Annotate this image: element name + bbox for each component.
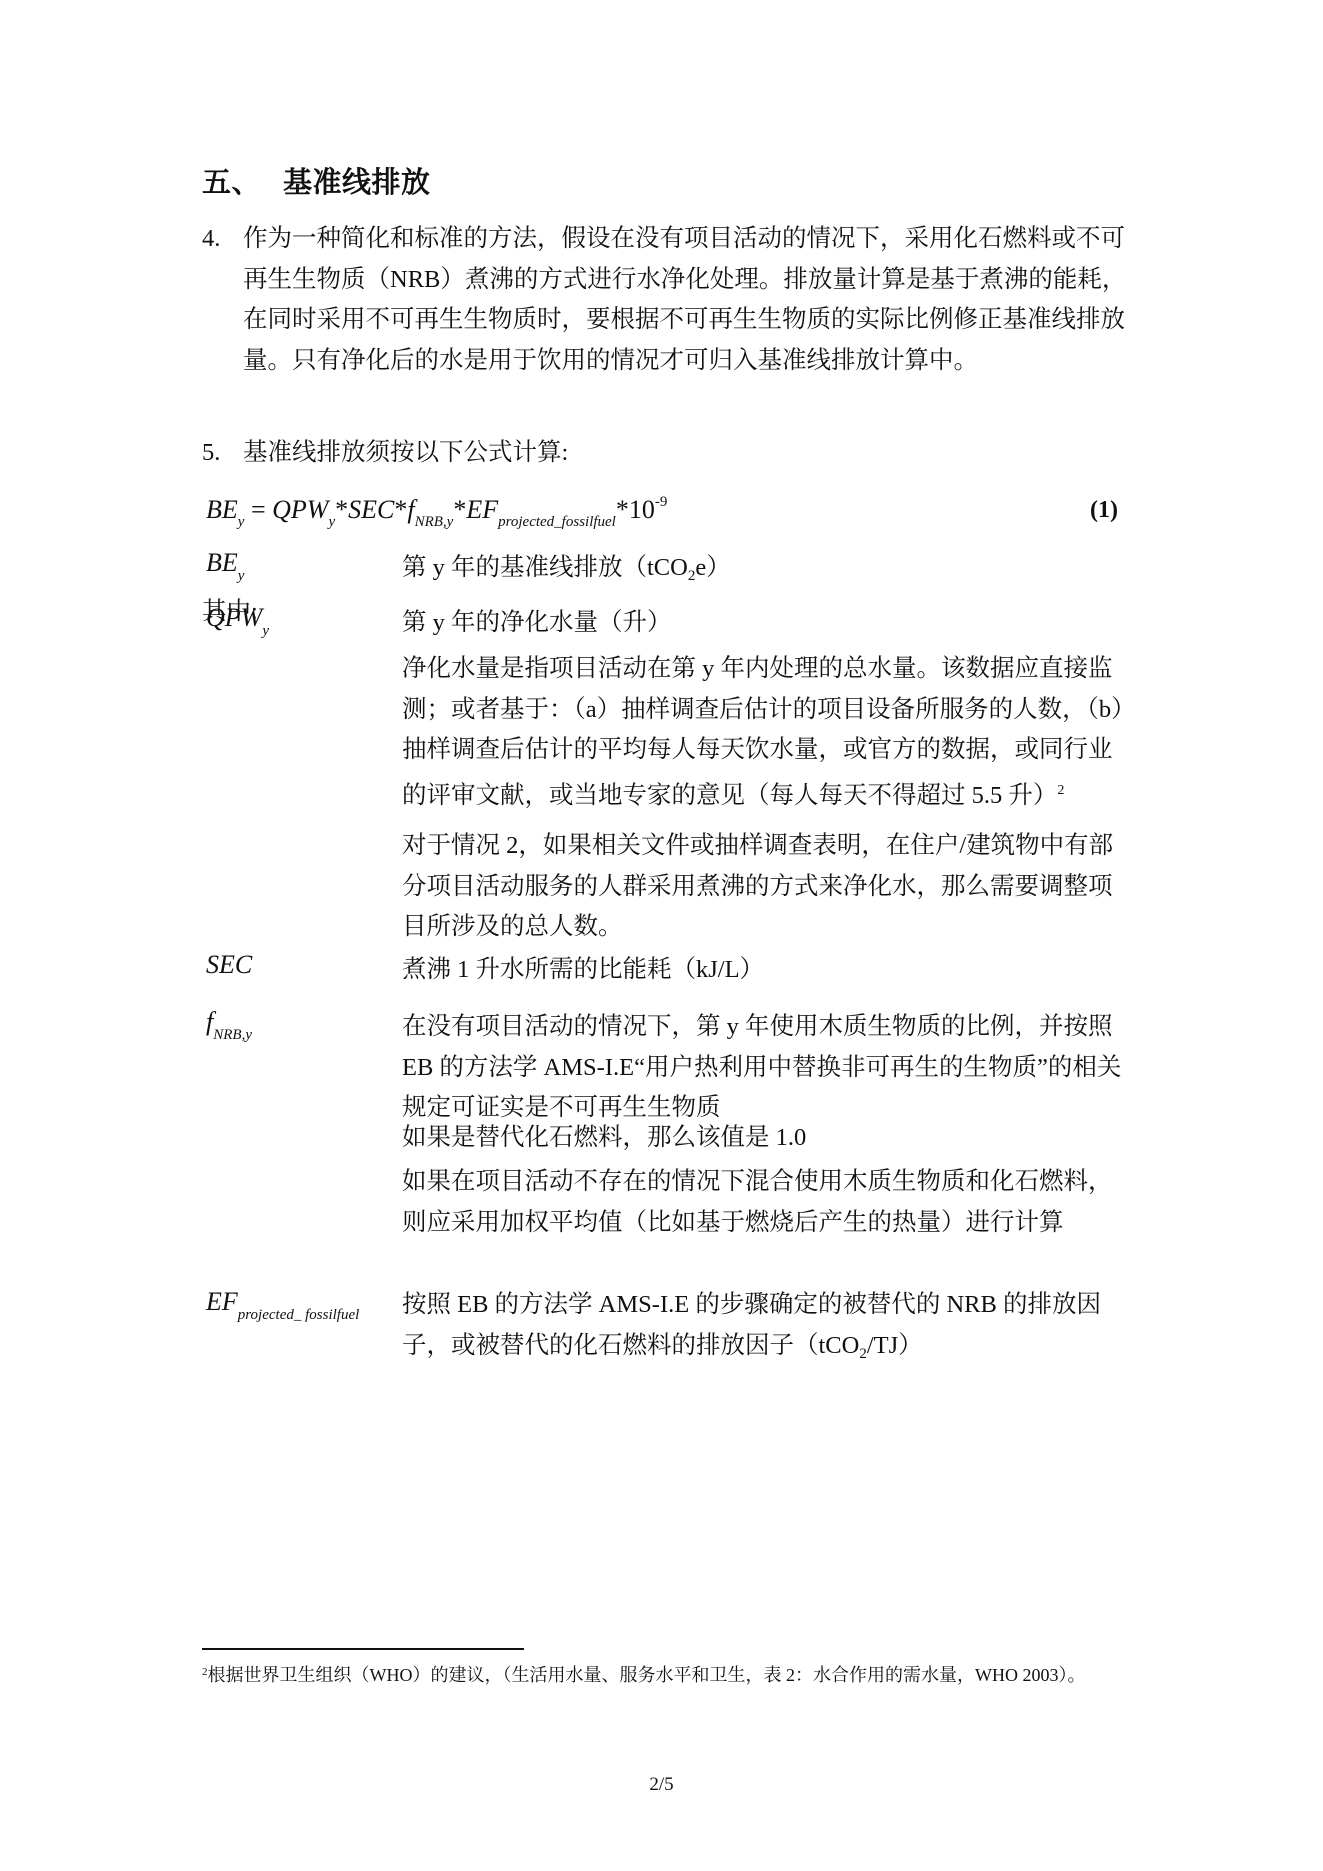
var-symbol: QPW	[206, 603, 262, 632]
var-subscript: NRB,y	[213, 1027, 252, 1043]
definition-var-ef: EFprojected_ fossilfuel	[206, 1287, 359, 1324]
definition-fnrb-para3: 如果在项目活动不存在的情况下混合使用木质生物质和化石燃料，则应采用加权平均值（比…	[402, 1162, 1132, 1243]
page-number: 2/5	[0, 1774, 1323, 1796]
definition-text-qpw: 第 y 年的净化水量（升）	[402, 603, 1132, 644]
footnote-divider	[202, 1648, 524, 1650]
formula-equals: =	[251, 495, 266, 524]
paragraph-number: 5.	[202, 433, 220, 474]
definition-qpw-case2: 对于情况 2，如果相关文件或抽样调查表明，在住户/建筑物中有部分项目活动服务的人…	[402, 826, 1132, 948]
formula-multiply: *	[616, 495, 629, 524]
baseline-emission-formula: BEy = QPWy*SEC*fNRB,y*EFprojected_fossil…	[206, 494, 667, 531]
paragraph-text: 基准线排放须按以下公式计算:	[243, 433, 1132, 474]
definition-text-ef: 按照 EB 的方法学 AMS-I.E 的步骤确定的被替代的 NRB 的排放因子，…	[402, 1285, 1132, 1374]
formula-multiply: *	[453, 495, 466, 524]
definition-paragraph: 对于情况 2，如果相关文件或抽样调查表明，在住户/建筑物中有部分项目活动服务的人…	[402, 832, 1113, 940]
formula-lhs: BE	[206, 495, 238, 524]
section-heading: 五、基准线排放	[202, 160, 431, 201]
var-symbol: EF	[206, 1287, 238, 1316]
definition-text-be: 第 y 年的基准线排放（tCO2e）	[402, 548, 1132, 597]
var-symbol: SEC	[206, 950, 252, 979]
equation-number: (1)	[1090, 497, 1118, 524]
formula-term-sec: SEC	[348, 495, 394, 524]
definition-qpw-detail: 净化水量是指项目活动在第 y 年内处理的总水量。该数据应直接监测；或者基于：（a…	[402, 649, 1132, 816]
var-symbol: BE	[206, 548, 238, 577]
definition-paragraph: 如果在项目活动不存在的情况下混合使用木质生物质和化石燃料，则应采用加权平均值（比…	[402, 1168, 1113, 1236]
formula-term-f: f	[407, 495, 414, 524]
definition-text: e）	[695, 554, 730, 581]
definition-line: 煮沸 1 升水所需的比能耗（kJ/L）	[402, 956, 764, 983]
definition-var-sec: SEC	[206, 950, 252, 980]
definition-paragraph: 在没有项目活动的情况下，第 y 年使用木质生物质的比例，并按照 EB 的方法学 …	[402, 1013, 1121, 1121]
footnote: 2根据世界卫生组织（WHO）的建议，（生活用水量、服务水平和卫生，表 2：水合作…	[202, 1660, 1132, 1688]
formula-exponent: -9	[655, 494, 668, 510]
definition-var-fnrb: fNRB,y	[206, 1007, 252, 1044]
formula-multiply: *	[335, 495, 348, 524]
formula-multiply: *	[394, 495, 407, 524]
formula-term-qpw: QPW	[272, 495, 328, 524]
definition-var-be: BEy	[206, 548, 244, 585]
paragraph-text: 作为一种简化和标准的方法，假设在没有项目活动的情况下，采用化石燃料或不可再生生物…	[243, 219, 1132, 381]
formula-term-ef: EF	[466, 495, 498, 524]
definition-text-sec: 煮沸 1 升水所需的比能耗（kJ/L）	[402, 950, 1132, 991]
section-title: 基准线排放	[283, 165, 431, 199]
definition-paragraph: 按照 EB 的方法学 AMS-I.E 的步骤确定的被替代的 NRB 的排放因子，…	[402, 1291, 1101, 1359]
paragraph-number: 4.	[202, 219, 220, 260]
footnote-ref-link[interactable]: 2	[1057, 783, 1064, 798]
var-subscript: projected_ fossilfuel	[238, 1307, 360, 1323]
paragraph-4: 4. 作为一种简化和标准的方法，假设在没有项目活动的情况下，采用化石燃料或不可再…	[202, 219, 1132, 381]
formula-term-ef-subscript: projected_fossilfuel	[498, 514, 616, 530]
definition-fnrb-para1: 在没有项目活动的情况下，第 y 年使用木质生物质的比例，并按照 EB 的方法学 …	[402, 1007, 1132, 1129]
definition-var-qpw: QPWy	[206, 603, 269, 640]
formula-term-f-subscript: NRB,y	[415, 514, 454, 530]
definition-text: 第 y 年的基准线排放（tCO	[402, 554, 688, 581]
definition-paragraph: 净化水量是指项目活动在第 y 年内处理的总水量。该数据应直接监测；或者基于：（a…	[402, 655, 1123, 809]
var-subscript: y	[262, 623, 269, 639]
var-subscript: y	[238, 568, 245, 584]
paragraph-5: 5. 基准线排放须按以下公式计算:	[202, 433, 1132, 474]
definition-fnrb-para2: 如果是替代化石燃料，那么该值是 1.0	[402, 1118, 1132, 1159]
section-number: 五、	[202, 165, 261, 199]
formula-base: 10	[629, 495, 655, 524]
definition-line: 第 y 年的净化水量（升）	[402, 603, 1132, 644]
footnote-text: 根据世界卫生组织（WHO）的建议，（生活用水量、服务水平和卫生，表 2：水合作用…	[208, 1665, 1086, 1685]
formula-lhs-subscript: y	[238, 514, 245, 530]
co2-subscript: 2	[859, 1346, 867, 1362]
definition-paragraph: /TJ）	[867, 1332, 923, 1359]
definition-paragraph: 如果是替代化石燃料，那么该值是 1.0	[402, 1124, 806, 1151]
